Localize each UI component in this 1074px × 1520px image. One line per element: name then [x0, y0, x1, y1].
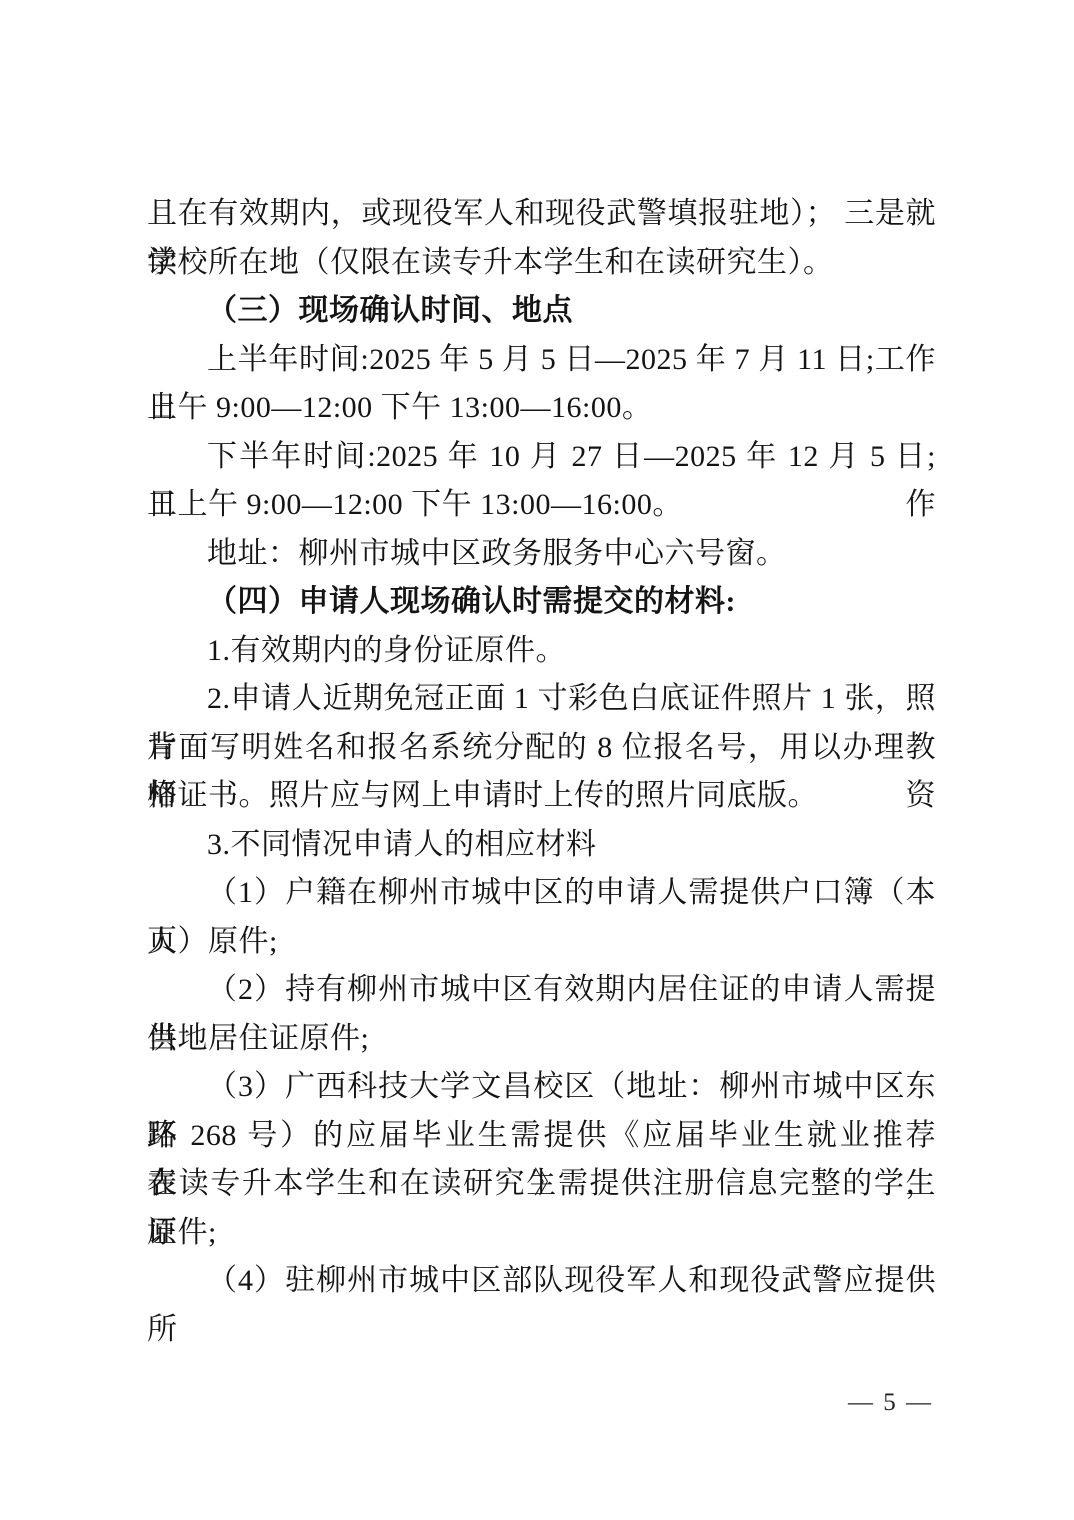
document-page-body: 且在有效期内，或现役军人和现役武警填报驻地）； 三是就读 学校所在地（仅限在读专…	[147, 190, 936, 1306]
text-line: （4）驻柳州市城中区部队现役军人和现役武警应提供所	[147, 1257, 936, 1306]
text-line: 1.有效期内的身份证原件。	[147, 627, 936, 676]
text-line: 学校所在地（仅限在读专升本学生和在读研究生）。	[147, 239, 936, 288]
text-line: 下半年时间:2025 年 10 月 27 日—2025 年 12 月 5 日; …	[147, 433, 936, 482]
text-line: 路 268 号）的应届毕业生需提供《应届毕业生就业推荐表》，	[147, 1112, 936, 1161]
section-heading-3: （三）现场确认时间、地点	[147, 287, 936, 336]
page-number: — 5 —	[848, 1388, 933, 1418]
text-line: 当地居住证原件;	[147, 1015, 936, 1064]
text-line: 上半年时间:2025 年 5 月 5 日—2025 年 7 月 11 日;工作日	[147, 336, 936, 385]
text-line: （1）户籍在柳州市城中区的申请人需提供户口簿（本人	[147, 869, 936, 918]
text-line: 地址：柳州市城中区政务服务中心六号窗。	[147, 530, 936, 579]
text-line: 2.申请人近期免冠正面 1 寸彩色白底证件照片 1 张，照片	[147, 675, 936, 724]
text-line: 页）原件;	[147, 918, 936, 967]
text-line: 在读专升本学生和在读研究生需提供注册信息完整的学生证	[147, 1160, 936, 1209]
text-line: 原件;	[147, 1209, 936, 1258]
text-line: 上午 9:00—12:00 下午 13:00—16:00。	[147, 384, 936, 433]
text-line: 且在有效期内，或现役军人和现役武警填报驻地）； 三是就读	[147, 190, 936, 239]
text-line: （2）持有柳州市城中区有效期内居住证的申请人需提供	[147, 966, 936, 1015]
text-line: 格证书。照片应与网上申请时上传的照片同底版。	[147, 772, 936, 821]
text-line: 3.不同情况申请人的相应材料	[147, 821, 936, 870]
section-heading-4: （四）申请人现场确认时需提交的材料:	[147, 578, 936, 627]
text-line: （3）广西科技大学文昌校区（地址：柳州市城中区东环	[147, 1063, 936, 1112]
text-line: 背面写明姓名和报名系统分配的 8 位报名号，用以办理教师资	[147, 724, 936, 773]
